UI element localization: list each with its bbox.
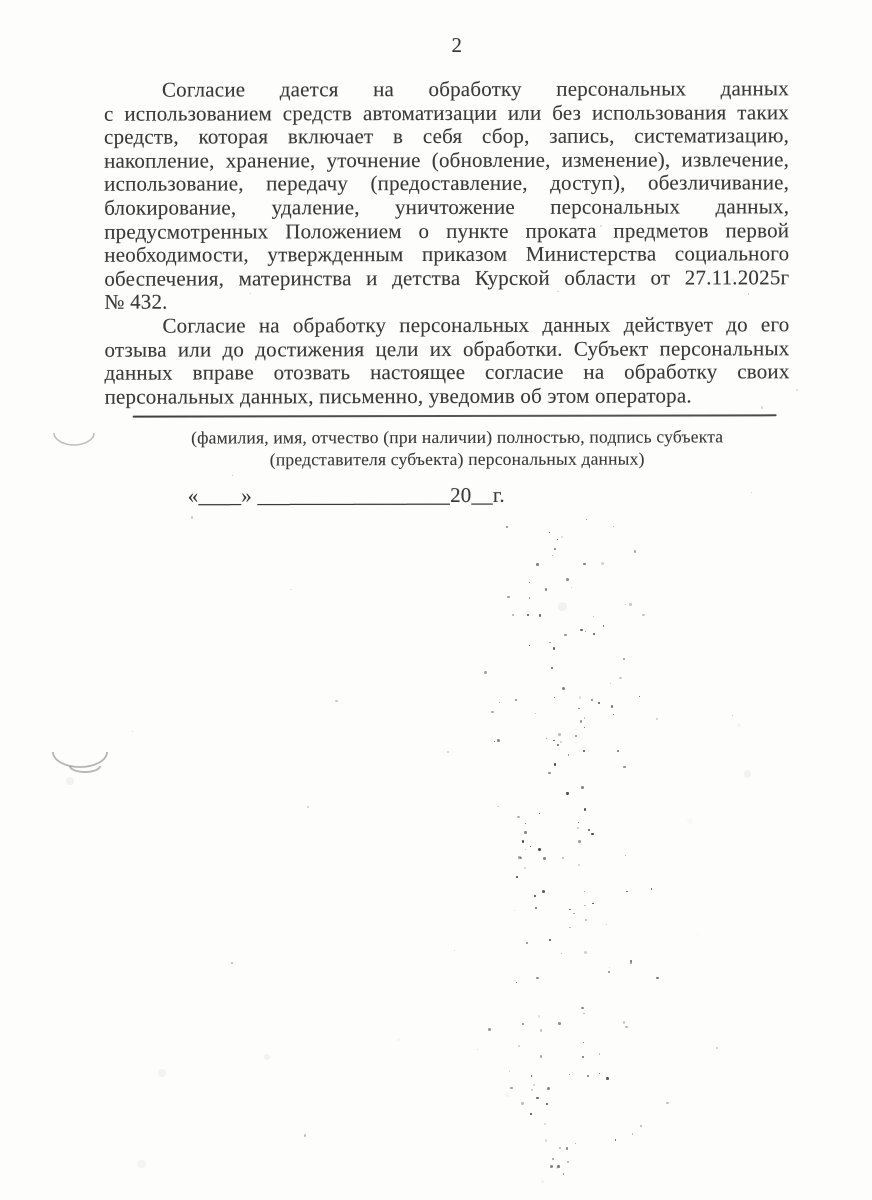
paragraph-line: с использованием средств автоматизации и… — [104, 101, 789, 126]
date-close-quote: » — [241, 483, 257, 507]
paragraph-line: использование, передачу (предоставление,… — [104, 172, 789, 197]
paragraph-line: обеспечения, материнства и детства Курск… — [104, 266, 789, 291]
signature-caption-line: (представителя субъекта) персональных да… — [105, 448, 810, 471]
date-year-suffix: г. — [493, 483, 505, 507]
paragraph-line: блокирование, удаление, уничтожение перс… — [104, 195, 789, 220]
page-number: 2 — [407, 33, 507, 58]
consent-paragraph-withdrawal: Согласие на обработку персональных данны… — [104, 313, 789, 409]
paragraph-line: Согласие дается на обработку персональны… — [104, 77, 789, 102]
paragraph-line: персональных данных, письменно, уведомив… — [105, 384, 790, 409]
signature-caption: (фамилия, имя, отчество (при наличии) по… — [105, 426, 810, 470]
paragraph-line: отзыва или до достижения цели их обработ… — [104, 337, 789, 362]
scanned-consent-page: 2 Согласие дается на обработку персональ… — [0, 0, 872, 1200]
date-year-prefix: 20 — [450, 483, 471, 507]
date-year-blank: __ — [471, 483, 492, 507]
signature-line — [133, 414, 777, 417]
page-content: 2 Согласие дается на обработку персональ… — [0, 0, 872, 1200]
paragraph-line: необходимости, утвержденным приказом Мин… — [104, 242, 789, 267]
date-day-blank: ____ — [198, 483, 241, 507]
paragraph-line: Согласие на обработку персональных данны… — [104, 313, 789, 338]
paragraph-line: предусмотренных Положением о пункте прок… — [104, 219, 789, 244]
signature-caption-line: (фамилия, имя, отчество (при наличии) по… — [105, 426, 810, 449]
paragraph-line: данных вправе отозвать настоящее согласи… — [105, 360, 790, 385]
date-month-blank: __________________ — [257, 483, 450, 507]
date-line: «____» __________________20__г. — [188, 483, 505, 509]
paragraph-line: средств, которая включает в себя сбор, з… — [104, 124, 789, 149]
paragraph-line: № 432. — [104, 290, 789, 315]
date-open-quote: « — [188, 483, 199, 507]
consent-paragraph-processing: Согласие дается на обработку персональны… — [104, 77, 789, 314]
paragraph-line: накопление, хранение, уточнение (обновле… — [104, 148, 789, 173]
